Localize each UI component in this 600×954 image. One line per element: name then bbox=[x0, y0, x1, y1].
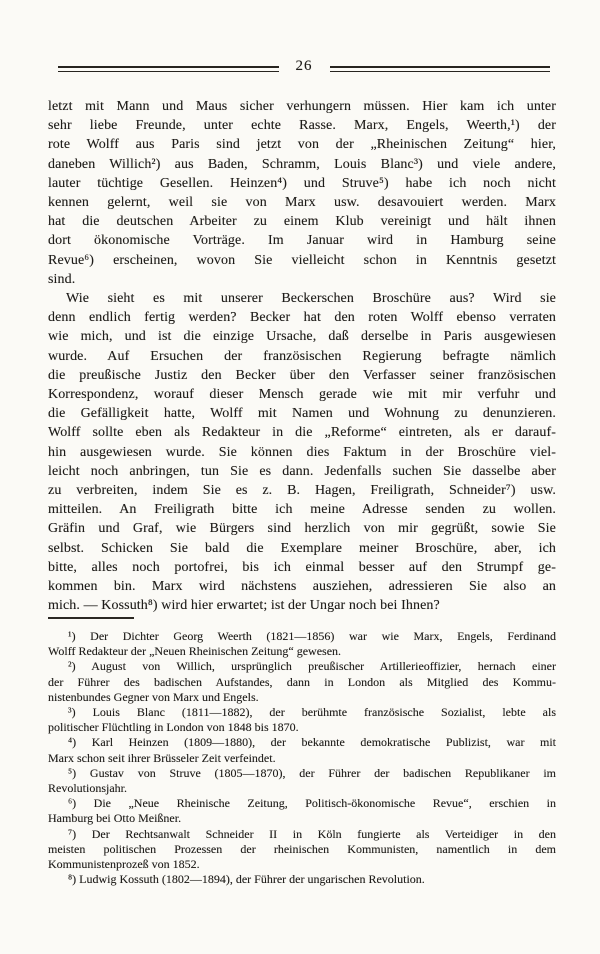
footnote: ³) Louis Blanc (1811—1882), der berühmte… bbox=[48, 705, 556, 735]
text-line: Revue⁶) erscheinen, wovon Sie vielleicht… bbox=[48, 251, 556, 270]
text-line: ³) Louis Blanc (1811—1882), der berühmte… bbox=[48, 705, 556, 720]
text-line: Marx schon seit ihrer Brüsseler Zeit ver… bbox=[48, 751, 556, 766]
footnote: ¹) Der Dichter Georg Weerth (1821—1856) … bbox=[48, 629, 556, 659]
text-line: ⁵) Gustav von Struve (1805—1870), der Fü… bbox=[48, 766, 556, 781]
footnotes: ¹) Der Dichter Georg Weerth (1821—1856) … bbox=[48, 629, 556, 887]
paragraph: Wie sieht es mit unserer Beckerschen Bro… bbox=[48, 289, 556, 615]
footnote-separator bbox=[48, 617, 134, 619]
paragraph: letzt mit Mann und Maus sicher verhunger… bbox=[48, 97, 556, 289]
text-line: Wolff sollte eben als Redakteur in die „… bbox=[48, 423, 556, 442]
text-line: lauter tüchtige Gesellen. Heinzen⁴) und … bbox=[48, 174, 556, 193]
footnote: ⁸) Ludwig Kossuth (1802—1894), der Führe… bbox=[48, 872, 556, 887]
text-line: hin ausgewiesen wurde. Sie können dies F… bbox=[48, 443, 556, 462]
text-line: wurde. Auf Ersuchen der französischen Re… bbox=[48, 347, 556, 366]
text-line: meisten politischen Prozessen der rheini… bbox=[48, 842, 556, 857]
footnote: ²) August von Willich, ursprünglich preu… bbox=[48, 659, 556, 705]
running-head: 26 bbox=[58, 60, 550, 77]
text-line: die preußische Justiz den Becker über de… bbox=[48, 366, 556, 385]
footnote: ⁵) Gustav von Struve (1805—1870), der Fü… bbox=[48, 766, 556, 796]
text-line: Hamburg bei Otto Meißner. bbox=[48, 811, 556, 826]
text-line: ⁸) Ludwig Kossuth (1802—1894), der Führe… bbox=[48, 872, 556, 887]
text-line: leicht noch anbringen, tun Sie es dann. … bbox=[48, 462, 556, 481]
text-line: mich. — Kossuth⁸) wird hier erwartet; is… bbox=[48, 596, 556, 615]
body-text: letzt mit Mann und Maus sicher verhunger… bbox=[48, 97, 556, 615]
text-line: die Gefälligkeit hatte, Wolff mit Namen … bbox=[48, 404, 556, 423]
footnote: ⁷) Der Rechtsanwalt Schneider II in Köln… bbox=[48, 827, 556, 873]
text-line: sehr liebe Freunde, unter echte Rasse. M… bbox=[48, 116, 556, 135]
footnote: ⁶) Die „Neue Rheinische Zeitung, Politis… bbox=[48, 796, 556, 826]
text-line: nistenbundes Gegner von Marx und Engels. bbox=[48, 690, 556, 705]
text-line: bitte, alles noch portofrei, bis ich ein… bbox=[48, 558, 556, 577]
text-line: mitteilen. An Freiligrath bitte ich mein… bbox=[48, 500, 556, 519]
text-line: Kommunistenprozeß von 1852. bbox=[48, 857, 556, 872]
header-rule-left bbox=[58, 66, 279, 72]
text-line: Wie sieht es mit unserer Beckerschen Bro… bbox=[48, 289, 556, 308]
text-line: Korrespondenz, worauf dieser Mensch gera… bbox=[48, 385, 556, 404]
text-line: der Führer des badischen Aufstandes, dan… bbox=[48, 675, 556, 690]
text-line: rote Wolff aus Paris sind jetzt von der … bbox=[48, 135, 556, 154]
text-line: sind. bbox=[48, 270, 556, 289]
text-line: kommen bin. Marx wird nächstens ausziehe… bbox=[48, 577, 556, 596]
text-line: ⁴) Karl Heinzen (1809—1880), der bekannt… bbox=[48, 735, 556, 750]
text-line: hat die deutschen Arbeiter zu einem Klub… bbox=[48, 212, 556, 231]
text-line: ⁷) Der Rechtsanwalt Schneider II in Köln… bbox=[48, 827, 556, 842]
text-line: ²) August von Willich, ursprünglich preu… bbox=[48, 659, 556, 674]
scanned-book-page: 26 letzt mit Mann und Maus sicher verhun… bbox=[0, 0, 600, 954]
text-line: dort ökonomische Vorträge. Im Januar wir… bbox=[48, 231, 556, 250]
text-line: ⁶) Die „Neue Rheinische Zeitung, Politis… bbox=[48, 796, 556, 811]
text-line: zu verbreiten, indem Sie es z. B. Hagen,… bbox=[48, 481, 556, 500]
text-line: denn endlich fertig werden? Becker hat d… bbox=[48, 308, 556, 327]
text-line: Wolff Redakteur der „Neuen Rheinischen Z… bbox=[48, 644, 556, 659]
text-line: selbst. Schicken Sie bald die Exemplare … bbox=[48, 539, 556, 558]
text-line: kennen gelernt, weil sie von Marx usw. d… bbox=[48, 193, 556, 212]
text-line: wie mich, und ist die einzige Ursache, d… bbox=[48, 327, 556, 346]
text-line: Revolutionsjahr. bbox=[48, 781, 556, 796]
text-line: Gräfin und Graf, wie Bürgers sind herzli… bbox=[48, 519, 556, 538]
text-line: politischer Flüchtling in London von 184… bbox=[48, 720, 556, 735]
text-line: ¹) Der Dichter Georg Weerth (1821—1856) … bbox=[48, 629, 556, 644]
footnote: ⁴) Karl Heinzen (1809—1880), der bekannt… bbox=[48, 735, 556, 765]
text-line: letzt mit Mann und Maus sicher verhunger… bbox=[48, 97, 556, 116]
page-number: 26 bbox=[279, 58, 330, 75]
text-line: daneben Willich²) aus Baden, Schramm, Lo… bbox=[48, 155, 556, 174]
header-rule-right bbox=[330, 66, 551, 72]
